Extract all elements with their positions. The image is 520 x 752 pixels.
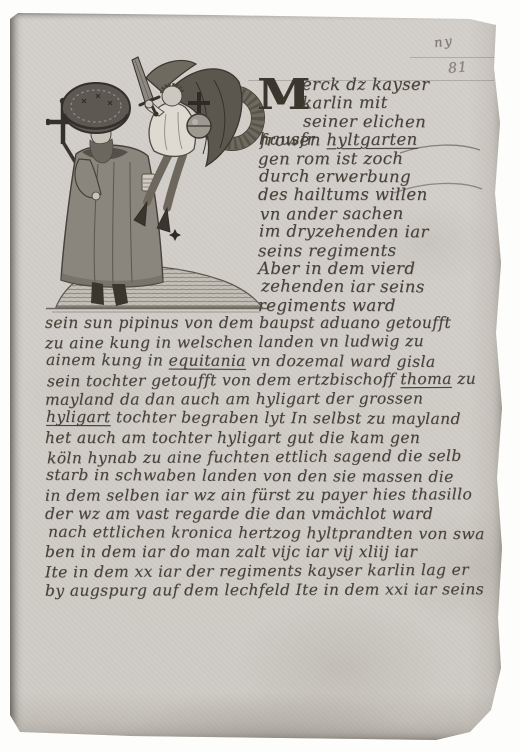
text-line: des hailtums willen bbox=[258, 186, 480, 204]
text-line: regiments ward bbox=[258, 297, 480, 315]
text-line: im dryzehenden iar bbox=[259, 223, 481, 243]
text-line: mayland da dan auch am hyligart der gros… bbox=[45, 390, 487, 411]
parchment-page: ny 81 bbox=[10, 13, 502, 740]
hand bbox=[145, 100, 153, 108]
text-line: der wz am vast regarde die dan vmächlot … bbox=[45, 505, 487, 524]
text-line: seiner elichen hausfr bbox=[259, 112, 481, 132]
boot bbox=[91, 282, 104, 305]
text-line: zehenden iar seins bbox=[261, 278, 481, 298]
text-line: sein sun pipinus von dem baupst aduano g… bbox=[45, 314, 487, 333]
hand bbox=[92, 192, 100, 200]
text-line: Aber in dem vierd bbox=[258, 260, 480, 278]
text-line: karlin mit bbox=[258, 94, 480, 114]
text-line: durch erwerbung bbox=[259, 167, 481, 187]
head bbox=[162, 86, 182, 106]
text-line: köln hynab zu aine fuchten ettlich sagen… bbox=[47, 446, 487, 468]
text-line: starb in schwaben landen von den sie mas… bbox=[46, 466, 488, 487]
leg bbox=[167, 155, 183, 208]
spur-icon bbox=[169, 229, 181, 241]
manuscript-scan: ny 81 bbox=[0, 0, 520, 752]
emperor-figure bbox=[46, 83, 163, 306]
text-line: frowen hyltgarten bbox=[260, 131, 480, 151]
body-text-block: sein sun pipinus von dem baupst aduano g… bbox=[45, 314, 487, 604]
text-line: gen rom ist zoch bbox=[258, 149, 480, 168]
opening-lines: erck dz kayserkarlin mitseiner elichen h… bbox=[258, 76, 480, 315]
text-line: seins regiments bbox=[258, 241, 480, 260]
folio-number: 81 bbox=[447, 59, 468, 77]
fur-hat bbox=[62, 83, 130, 133]
text-line: het auch am tochter hyligart gut die kam… bbox=[45, 429, 487, 448]
text-line: Ite in dem xx iar der regiments kayser k… bbox=[45, 561, 487, 583]
text-line: ben in dem iar do man zalt vijc iar vij … bbox=[45, 543, 487, 562]
text-line: hyligart tochter begraben lyt In selbst … bbox=[46, 408, 488, 429]
text-line: sein tochter getoufft von dem ertzbischo… bbox=[47, 370, 487, 392]
opening-text-block: M erck dz kayserkarlin mitseiner elichen… bbox=[258, 76, 480, 318]
ruling-line bbox=[410, 57, 500, 58]
text-line: by augspurg auf dem lechfeld Ite in dem … bbox=[45, 581, 487, 602]
miniature-illustration bbox=[46, 56, 271, 316]
corner-pen-mark: ny bbox=[433, 34, 454, 51]
text-line: in dem selben iar wz ain fürst zu payer … bbox=[45, 485, 487, 506]
text-line: nach ettlichen kronica hertzog hyltprand… bbox=[48, 523, 488, 544]
